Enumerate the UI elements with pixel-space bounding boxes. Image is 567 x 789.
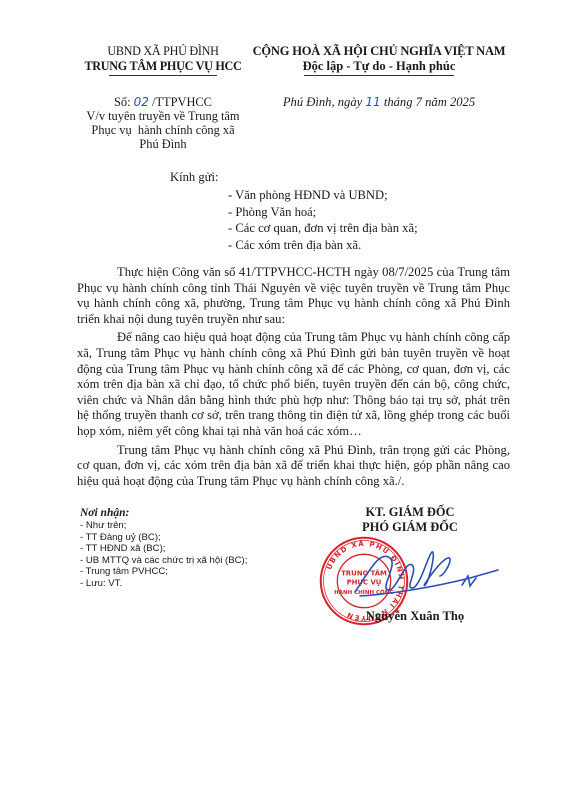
salutation: Kính gửi: — [170, 170, 218, 185]
body-paragraph: Trung tâm Phục vụ hành chính công xã Phú… — [77, 443, 510, 490]
body-paragraph: Thực hiện Công văn số 41/TTPVHCC-HCTH ng… — [77, 265, 510, 327]
nation-title: CỘNG HOÀ XÃ HỘI CHỦ NGHĨA VIỆT NAM — [250, 44, 508, 59]
handwritten-day: 11 — [365, 95, 380, 109]
receivers-title: Nơi nhận: — [80, 507, 247, 520]
recipient-item: - Các cơ quan, đơn vị trên địa bàn xã; — [228, 220, 418, 237]
document-body: Thực hiện Công văn số 41/TTPVHCC-HCTH ng… — [77, 265, 510, 492]
recipient-list: - Văn phòng HĐND và UBND; - Phòng Văn ho… — [228, 187, 418, 253]
motto-underline — [304, 75, 454, 76]
receiver-item: - TT HĐND xã (BC); — [80, 543, 247, 555]
subject-line: Phục vụ hành chính công xã — [68, 123, 258, 137]
subject-line: V/v tuyên truyền về Trung tâm — [68, 109, 258, 123]
recipient-item: - Các xóm trên địa bàn xã. — [228, 237, 418, 254]
receivers-block: Nơi nhận: - Như trên; - TT Đảng uỷ (BC);… — [80, 507, 247, 590]
header-underline — [109, 75, 217, 76]
handwritten-signature-icon — [350, 540, 500, 610]
document-number: Số: 02 /TTPVHCC — [68, 95, 258, 109]
issuing-organization: UBND XÃ PHÚ ĐÌNH TRUNG TÂM PHỤC VỤ HCC — [68, 44, 258, 76]
recipient-item: - Văn phòng HĐND và UBND; — [228, 187, 418, 204]
on-behalf-title: KT. GIÁM ĐỐC — [330, 505, 490, 520]
number-prefix: Số: — [114, 95, 134, 109]
document-number-block: Số: 02 /TTPVHCC V/v tuyên truyền về Trun… — [68, 95, 258, 151]
document-date: Phú Đình, ngày 11 tháng 7 năm 2025 — [250, 95, 508, 110]
body-paragraph: Để nâng cao hiệu quả hoạt động của Trung… — [77, 330, 510, 439]
signer-position: PHÓ GIÁM ĐỐC — [330, 520, 490, 535]
organization-name: TRUNG TÂM PHỤC VỤ HCC — [68, 59, 258, 74]
date-prefix: Phú Đình, ngày — [283, 95, 366, 109]
recipient-item: - Phòng Văn hoá; — [228, 204, 418, 221]
number-suffix: /TTPVHCC — [149, 95, 212, 109]
national-motto: Độc lập - Tự do - Hạnh phúc — [250, 59, 508, 74]
subject-line: Phú Đình — [68, 137, 258, 151]
parent-organization: UBND XÃ PHÚ ĐÌNH — [68, 44, 258, 59]
date-suffix: tháng 7 năm 2025 — [381, 95, 475, 109]
receiver-item: - Lưu: VT. — [80, 578, 247, 590]
receiver-item: - UB MTTQ và các chức trị xã hội (BC); — [80, 555, 247, 567]
handwritten-number: 02 — [134, 95, 149, 109]
national-header: CỘNG HOÀ XÃ HỘI CHỦ NGHĨA VIỆT NAM Độc l… — [250, 44, 508, 76]
receiver-item: - TT Đảng uỷ (BC); — [80, 532, 247, 544]
signature-block: KT. GIÁM ĐỐC PHÓ GIÁM ĐỐC — [330, 505, 490, 535]
receiver-item: - Trung tâm PVHCC; — [80, 566, 247, 578]
receiver-item: - Như trên; — [80, 520, 247, 532]
signer-name: Nguyễn Xuân Thọ — [350, 609, 480, 624]
